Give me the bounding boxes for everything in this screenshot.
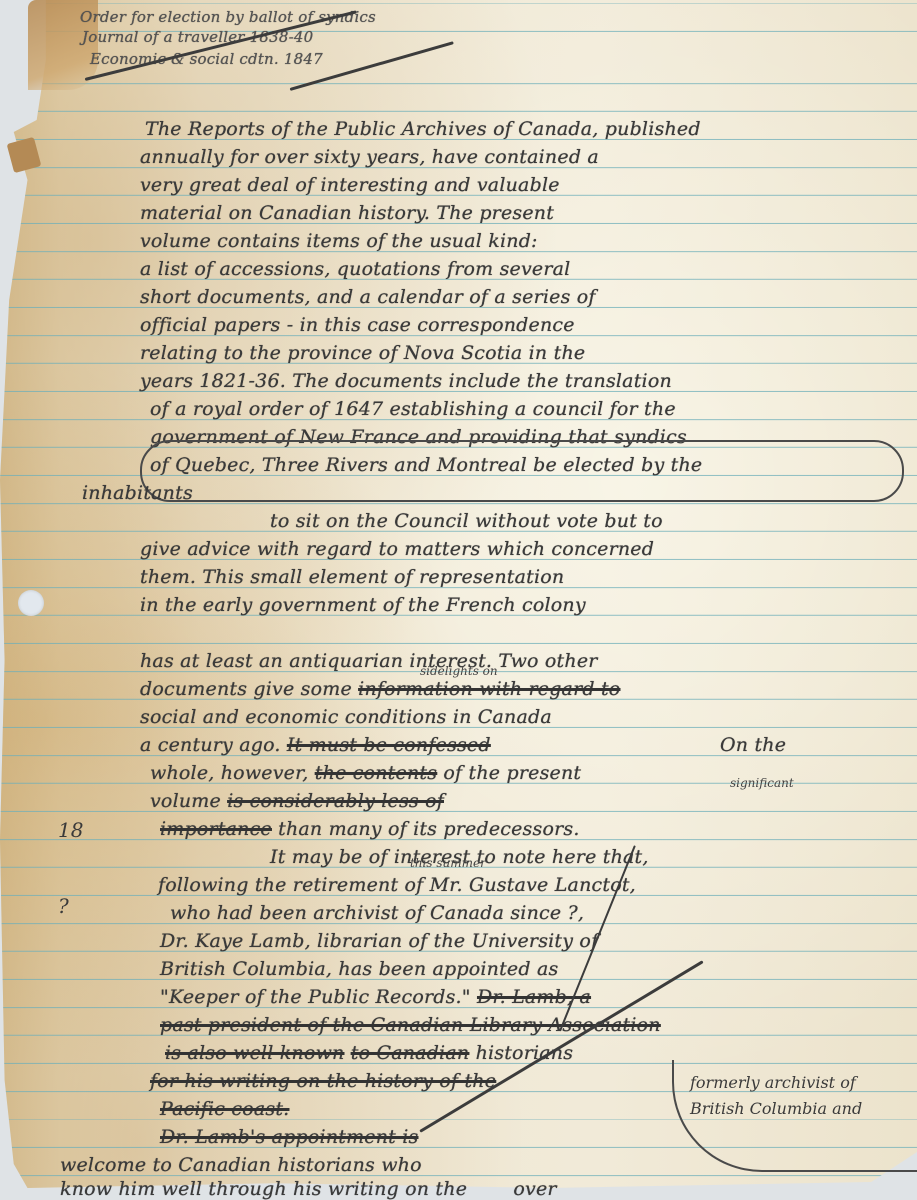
margin-note: 18 [58, 818, 83, 842]
margin-insertion: formerly archivist of British Columbia a… [690, 1070, 910, 1122]
inserted-text: sidelights on [420, 664, 498, 678]
text-line: official papers - in this case correspon… [140, 314, 575, 336]
text-line: "Keeper of the Public Records." Dr. Lamb… [160, 986, 591, 1008]
struck-text: is considerably less of [227, 790, 444, 812]
text-line: documents give some information with reg… [140, 678, 620, 700]
text-line: Dr. Kaye Lamb, librarian of the Universi… [160, 930, 598, 952]
text-line: social and economic conditions in Canada [140, 706, 552, 728]
text-fragment: of Mr. Gustave Lanctot, [405, 874, 636, 896]
text-line: volume contains items of the usual kind: [140, 230, 538, 252]
text-fragment: documents give some [140, 678, 352, 700]
inserted-text: significant [730, 776, 794, 790]
text-line: welcome to Canadian historians who [60, 1154, 422, 1176]
text-line: inhabitants [82, 482, 193, 504]
text-line: years 1821-36. The documents include the… [140, 370, 672, 392]
text-line: in the early government of the French co… [140, 594, 586, 616]
text-line: is also well known to Canadian historian… [165, 1042, 573, 1064]
struck-text: the contents [315, 762, 437, 784]
text-fragment: volume [150, 790, 221, 812]
text-line: to sit on the Council without vote but t… [270, 510, 663, 532]
text-line: relating to the province of Nova Scotia … [140, 342, 585, 364]
struck-text: information with regard to [358, 678, 620, 700]
text-line: importance than many of its predecessors… [160, 818, 580, 840]
text-fragment: following the retirement [158, 874, 398, 896]
text-line: very great deal of interesting and valua… [140, 174, 560, 196]
struck-text: importance [160, 818, 272, 840]
text-line: a list of accessions, quotations from se… [140, 258, 570, 280]
text-line: British Columbia, has been appointed as [160, 958, 558, 980]
header-note: Economic & social cdtn. 1847 [90, 50, 323, 68]
text-fragment: a century ago. [140, 734, 281, 756]
text-fragment: of the present [443, 762, 581, 784]
text-fragment: whole, however, [150, 762, 309, 784]
text-line: The Reports of the Public Archives of Ca… [145, 118, 701, 140]
circled-passage [140, 440, 904, 502]
text-line: short documents, and a calendar of a ser… [140, 286, 596, 308]
struck-line: for his writing on the history of the [150, 1070, 496, 1092]
text-line: of a royal order of 1647 establishing a … [150, 398, 676, 420]
text-line: them. This small element of representati… [140, 566, 564, 588]
text-line: material on Canadian history. The presen… [140, 202, 554, 224]
text-line: who had been archivist of Canada since ?… [170, 902, 584, 924]
struck-text: is also well known [165, 1042, 345, 1064]
struck-text: It must be confessed [287, 734, 491, 756]
inserted-text: this summer [410, 856, 486, 870]
text-line: annually for over sixty years, have cont… [140, 146, 599, 168]
text-fragment: than many of its predecessors. [278, 818, 579, 840]
over-note: over [513, 1178, 556, 1200]
text-line: whole, however, the contents of the pres… [150, 762, 581, 784]
punch-hole [18, 590, 44, 616]
struck-text: to Canadian [351, 1042, 470, 1064]
text-line: volume is considerably less of [150, 790, 444, 812]
margin-note: ? [58, 894, 69, 918]
text-line: has at least an antiquarian interest. Tw… [140, 650, 598, 672]
text-fragment: know him well through his writing on the [60, 1178, 467, 1200]
text-line: On the [720, 734, 786, 756]
struck-line: Pacific coast. [160, 1098, 289, 1120]
text-line: a century ago. It must be confessed [140, 734, 491, 756]
text-line: give advice with regard to matters which… [140, 538, 654, 560]
struck-line: Dr. Lamb's appointment is [160, 1126, 419, 1148]
text-fragment: "Keeper of the Public Records." [160, 986, 471, 1008]
text-line: following the retirement of Mr. Gustave … [158, 874, 636, 896]
text-line: know him well through his writing on the… [60, 1178, 557, 1200]
